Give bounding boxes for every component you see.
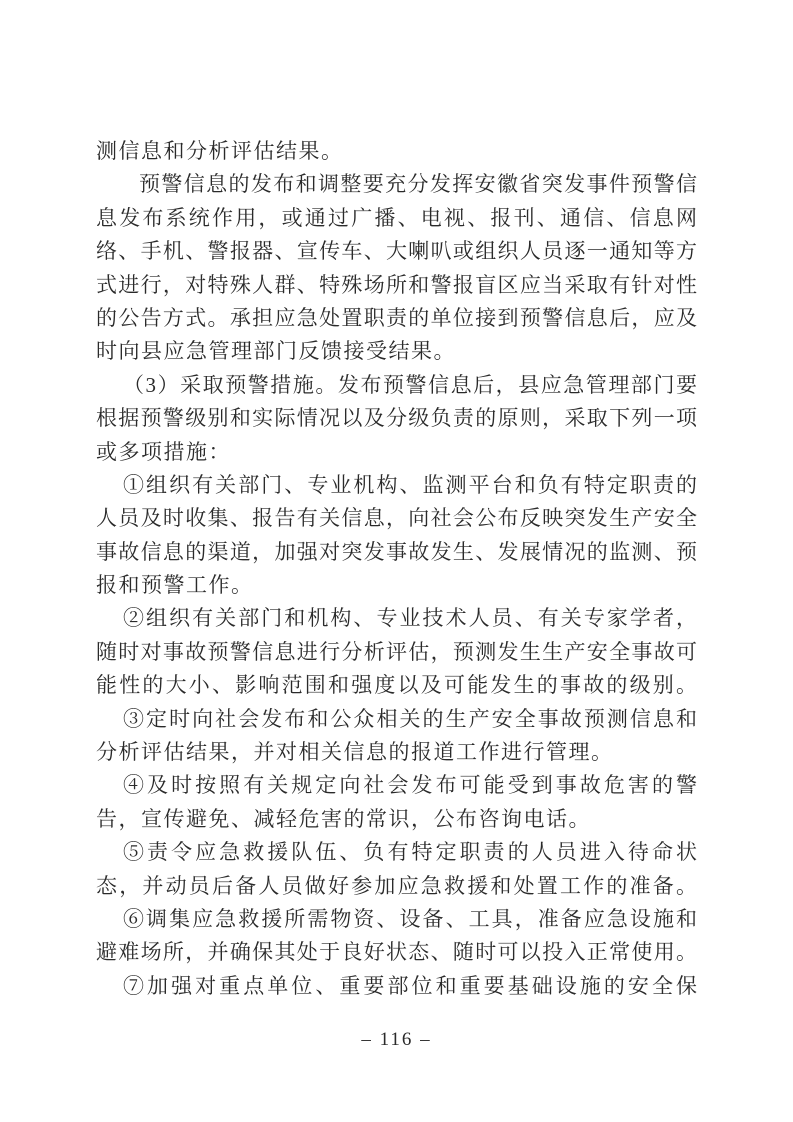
text-line: 人员及时收集、报告有关信息，向社会公布反映突发生产安全	[96, 502, 697, 535]
text-line: 预警信息的发布和调整要充分发挥安徽省突发事件预警信	[96, 168, 697, 201]
text-line: 告，宣传避免、减轻危害的常识，公布咨询电话。	[96, 803, 697, 836]
page-number: – 116 –	[0, 1028, 793, 1052]
text-line: ③定时向社会发布和公众相关的生产安全事故预测信息和	[96, 703, 697, 736]
text-line: 随时对事故预警信息进行分析评估，预测发生生产安全事故可	[96, 636, 697, 669]
text-line: 事故信息的渠道，加强对突发事故发生、发展情况的监测、预	[96, 536, 697, 569]
text-line: 能性的大小、影响范围和强度以及可能发生的事故的级别。	[96, 669, 697, 702]
text-line: 根据预警级别和实际情况以及分级负责的原则，采取下列一项	[96, 402, 697, 435]
text-line: ①组织有关部门、专业机构、监测平台和负有特定职责的	[96, 469, 697, 502]
text-line: ⑦加强对重点单位、重要部位和重要基础设施的安全保	[96, 970, 697, 1003]
text-line: 络、手机、警报器、宣传车、大喇叭或组织人员逐一通知等方	[96, 235, 697, 268]
text-line: 测信息和分析评估结果。	[96, 135, 697, 168]
text-line: 避难场所，并确保其处于良好状态、随时可以投入正常使用。	[96, 936, 697, 969]
text-line: 式进行，对特殊人群、特殊场所和警报盲区应当采取有针对性	[96, 269, 697, 302]
text-line: 的公告方式。承担应急处置职责的单位接到预警信息后，应及	[96, 302, 697, 335]
text-line: ⑤责令应急救援队伍、负有特定职责的人员进入待命状	[96, 836, 697, 869]
text-line: 或多项措施：	[96, 436, 697, 469]
text-line: ⑥调集应急救援所需物资、设备、工具，准备应急设施和	[96, 903, 697, 936]
text-line: 时向县应急管理部门反馈接受结果。	[96, 335, 697, 368]
document-page: 测信息和分析评估结果。预警信息的发布和调整要充分发挥安徽省突发事件预警信息发布系…	[0, 0, 793, 1122]
body-text: 测信息和分析评估结果。预警信息的发布和调整要充分发挥安徽省突发事件预警信息发布系…	[96, 135, 697, 1003]
text-line: 报和预警工作。	[96, 569, 697, 602]
text-line: ④及时按照有关规定向社会发布可能受到事故危害的警	[96, 769, 697, 802]
text-line: ②组织有关部门和机构、专业技术人员、有关专家学者，	[96, 602, 697, 635]
text-line: （3）采取预警措施。发布预警信息后，县应急管理部门要	[96, 369, 697, 402]
text-line: 息发布系统作用，或通过广播、电视、报刊、通信、信息网	[96, 202, 697, 235]
text-line: 分析评估结果，并对相关信息的报道工作进行管理。	[96, 736, 697, 769]
text-line: 态，并动员后备人员做好参加应急救援和处置工作的准备。	[96, 870, 697, 903]
